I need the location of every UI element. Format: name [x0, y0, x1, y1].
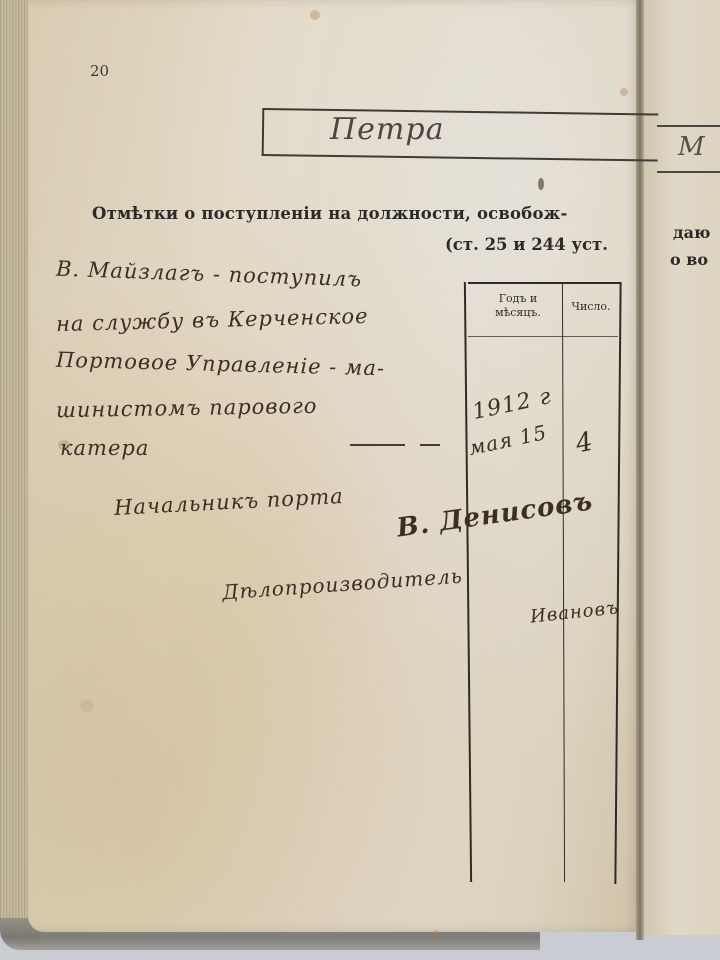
pinhole — [538, 178, 544, 190]
table-top-border — [468, 282, 620, 284]
section-heading-line1: Отмѣтки о поступленіи на должности, осво… — [92, 204, 568, 223]
table-header-divider — [468, 336, 618, 337]
entry-line-5: катера — [60, 436, 149, 460]
name-box — [262, 108, 659, 162]
right-page-heading-line2: о во — [670, 250, 708, 269]
page-number: 20 — [90, 62, 109, 80]
stain — [80, 700, 94, 712]
stain — [310, 10, 320, 20]
stain — [432, 930, 440, 938]
column-header-year-month: Годъ и мѣсяцъ. — [482, 292, 554, 320]
filler-dash — [350, 444, 405, 446]
name-field-handwriting: Петра — [330, 112, 444, 147]
entry-line-4: шинистомъ парового — [56, 394, 318, 423]
stain — [620, 88, 628, 96]
filler-dash — [420, 444, 440, 446]
column-header-day: Число. — [566, 300, 616, 314]
section-heading-line2: (ст. 25 и 244 уст. — [445, 235, 608, 254]
column-header-line2: мѣсяцъ. — [482, 306, 554, 320]
right-page-heading-line1: даю — [673, 223, 710, 242]
right-page-name-fragment: М — [678, 132, 705, 162]
column-header-line1: Годъ и — [482, 292, 554, 306]
